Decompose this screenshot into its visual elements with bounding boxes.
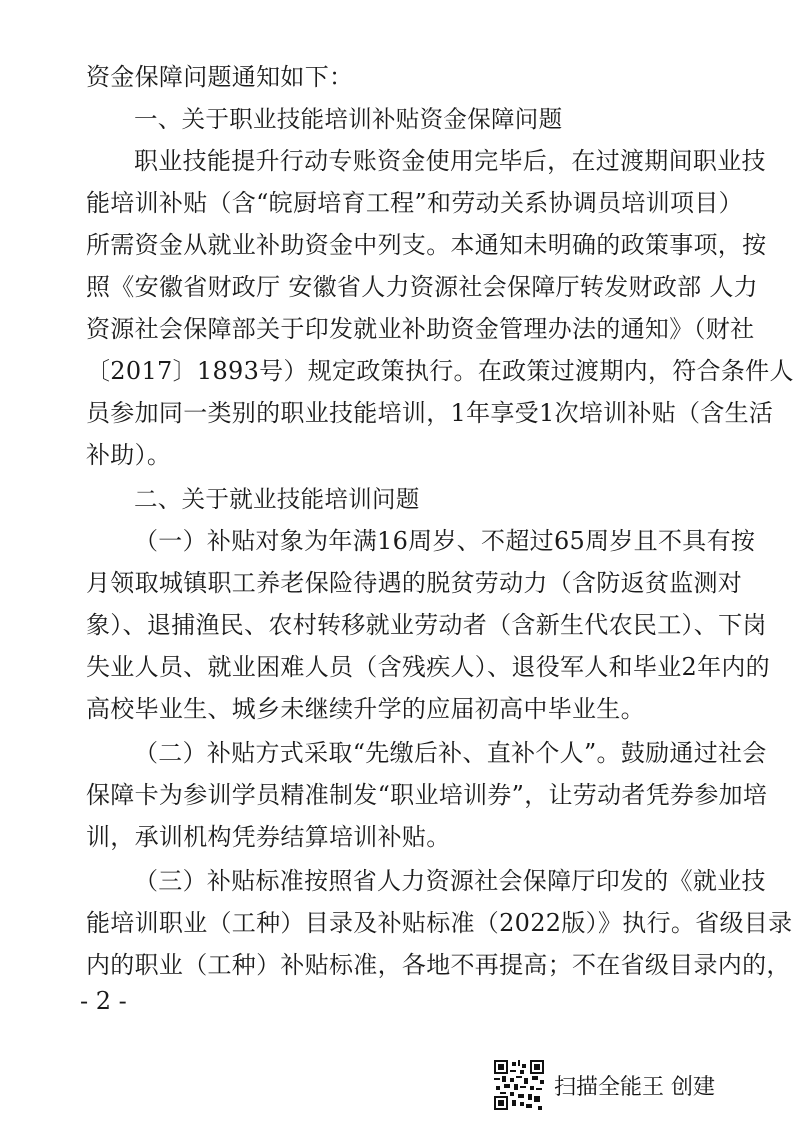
- text-line: （二）补贴方式采取“先缴后补、直补个人”。鼓励通过社会: [134, 738, 764, 768]
- text-line: 补助）。: [86, 440, 716, 470]
- text-line: 所需资金从就业补助资金中列支。本通知未明确的政策事项，按: [86, 230, 716, 260]
- text-line: 资金保障问题通知如下：: [86, 62, 716, 92]
- text-line: 能培训补贴（含“皖厨培育工程”和劳动关系协调员培训项目）: [86, 188, 716, 218]
- section-heading: 一、关于职业技能培训补贴资金保障问题: [134, 104, 764, 134]
- text-line: 〔2017〕1893号）规定政策执行。在政策过渡期内，符合条件人: [86, 356, 716, 386]
- text-line: 失业人员、就业困难人员（含残疾人）、退役军人和毕业2年内的: [86, 652, 716, 682]
- text-line: 象）、退捕渔民、农村转移就业劳动者（含新生代农民工）、下岗: [86, 610, 716, 640]
- text-line: 月领取城镇职工养老保险待遇的脱贫劳动力（含防返贫监测对: [86, 568, 716, 598]
- watermark-text: 扫描全能王 创建: [554, 1070, 715, 1101]
- text-line: （三）补贴标准按照省人力资源社会保障厅印发的《就业技: [134, 866, 764, 896]
- page-number: - 2 -: [80, 986, 127, 1016]
- text-line: 员参加同一类别的职业技能培训，1年享受1次培训补贴（含生活: [86, 398, 716, 428]
- section-heading: 二、关于就业技能培训问题: [134, 484, 764, 514]
- text-line: 职业技能提升行动专账资金使用完毕后，在过渡期间职业技: [134, 146, 764, 176]
- text-line: 保障卡为参训学员精准制发“职业培训券”，让劳动者凭券参加培: [86, 780, 716, 810]
- text-line: 高校毕业生、城乡未继续升学的应届初高中毕业生。: [86, 694, 716, 724]
- qr-code-icon: [494, 1060, 544, 1110]
- text-line: 资源社会保障部关于印发就业补助资金管理办法的通知》（财社: [86, 314, 716, 344]
- text-line: 内的职业（工种）补贴标准，各地不再提高；不在省级目录内的，: [86, 950, 716, 980]
- text-line: 训，承训机构凭券结算培训补贴。: [86, 822, 716, 852]
- text-line: 照《安徽省财政厅 安徽省人力资源社会保障厅转发财政部 人力: [86, 272, 716, 302]
- scanner-watermark: 扫描全能王 创建: [494, 1060, 715, 1110]
- text-line: （一）补贴对象为年满16周岁、不超过65周岁且不具有按: [134, 526, 764, 556]
- text-line: 能培训职业（工种）目录及补贴标准（2022版）》执行。省级目录: [86, 908, 716, 938]
- document-page: 资金保障问题通知如下： 一、关于职业技能培训补贴资金保障问题 职业技能提升行动专…: [0, 0, 793, 1122]
